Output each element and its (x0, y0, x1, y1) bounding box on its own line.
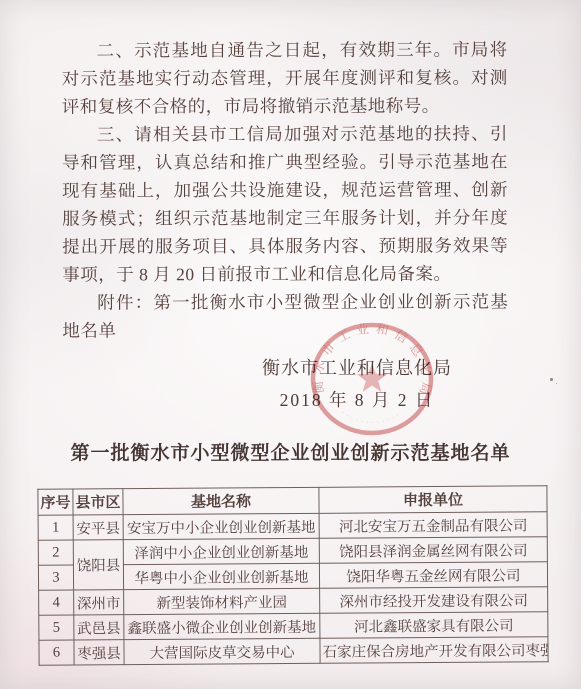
cell-base: 鑫联盛小微企业创业创新基地 (124, 613, 320, 639)
cell-base: 华粤中小企业创业创新基地 (123, 563, 319, 589)
cell-base: 新型装饰材料产业园 (124, 588, 320, 614)
seal-star-icon (357, 363, 387, 392)
cell-no: 4 (39, 590, 74, 615)
table-row: 4 深州市 新型装饰材料产业园 深州市经投开发建设有限公司 (39, 587, 548, 616)
cell-applicant: 石家庄保合房地产开发有限公司枣强分公司 (320, 637, 548, 664)
cell-base: 安宝万中小企业创业创新基地 (123, 513, 319, 539)
table-row: 1 安平县 安宝万中小企业创业创新基地 河北安宝万五金制品有限公司 (38, 512, 547, 541)
cell-no: 1 (38, 515, 73, 540)
cell-district: 安平县 (73, 515, 123, 540)
cell-no: 5 (39, 615, 74, 640)
cell-no: 2 (38, 540, 73, 565)
official-seal-stamp-icon: 衡水市工业和信息化局 · · · · · · · · · · · · (308, 321, 436, 437)
cell-district: 深州市 (74, 590, 124, 615)
header-no: 序号 (38, 489, 73, 515)
header-base-name: 基地名称 (123, 487, 319, 514)
seal-arc-text: 衡水市工业和信息化局 (310, 321, 434, 402)
cell-district: 枣强县 (74, 640, 124, 665)
paragraph-2: 二、示范基地自通告之日起，有效期三年。市局将对示范基地实行动态管理，开展年度测评… (62, 35, 508, 120)
cell-district-merged: 饶阳县 (73, 540, 123, 590)
svg-text:衡水市工业和信息化局: 衡水市工业和信息化局 (310, 321, 434, 402)
document-page: 二、示范基地自通告之日起，有效期三年。市局将对示范基地实行动态管理，开展年度测评… (0, 0, 581, 689)
cell-applicant: 河北安宝万五金制品有限公司 (319, 512, 547, 539)
header-applicant: 申报单位 (319, 486, 547, 514)
base-list-table: 序号 县市区 基地名称 申报单位 1 安平县 安宝万中小企业创业创新基地 河北安… (37, 485, 548, 666)
table-row: 5 武邑县 鑫联盛小微企业创业创新基地 河北鑫联盛家具有限公司 (39, 612, 548, 641)
cell-applicant: 饶阳华粤五金丝网有限公司 (319, 562, 547, 589)
cell-base: 大营国际皮草交易中心 (124, 638, 320, 664)
notice-body: 二、示范基地自通告之日起，有效期三年。市局将对示范基地实行动态管理，开展年度测评… (62, 35, 509, 344)
cell-applicant: 深州市经投开发建设有限公司 (320, 587, 548, 614)
scan-artifact-speck (550, 378, 553, 381)
cell-district: 武邑县 (74, 615, 124, 640)
table-row: 6 枣强县 大营国际皮草交易中心 石家庄保合房地产开发有限公司枣强分公司 (39, 637, 548, 666)
svg-text:· · · · · · · · · · · ·: · · · · · · · · · · · · (340, 410, 402, 426)
cell-base: 泽润中小企业创业创新基地 (123, 538, 319, 564)
table-row: 2 饶阳县 泽润中小企业创业创新基地 饶阳县泽润金属丝网有限公司 (38, 537, 547, 566)
attachment-reference-line: 附件：第一批衡水市小型微型企业创业创新示范基地名单 (62, 287, 508, 344)
table-header-row: 序号 县市区 基地名称 申报单位 (38, 486, 547, 516)
cell-no: 6 (39, 640, 74, 665)
header-district: 县市区 (73, 489, 123, 515)
paragraph-3: 三、请相关县市工信局加强对示范基地的扶持、引导和管理，认真总结和推广典型经验。引… (62, 119, 508, 288)
cell-applicant: 饶阳县泽润金属丝网有限公司 (319, 537, 547, 564)
cell-no: 3 (38, 565, 73, 590)
cell-applicant: 河北鑫联盛家具有限公司 (320, 612, 548, 639)
attachment-title: 第一批衡水市小型微型企业创业创新示范基地名单 (0, 438, 581, 465)
seal-code-text: · · · · · · · · · · · · (340, 410, 402, 426)
